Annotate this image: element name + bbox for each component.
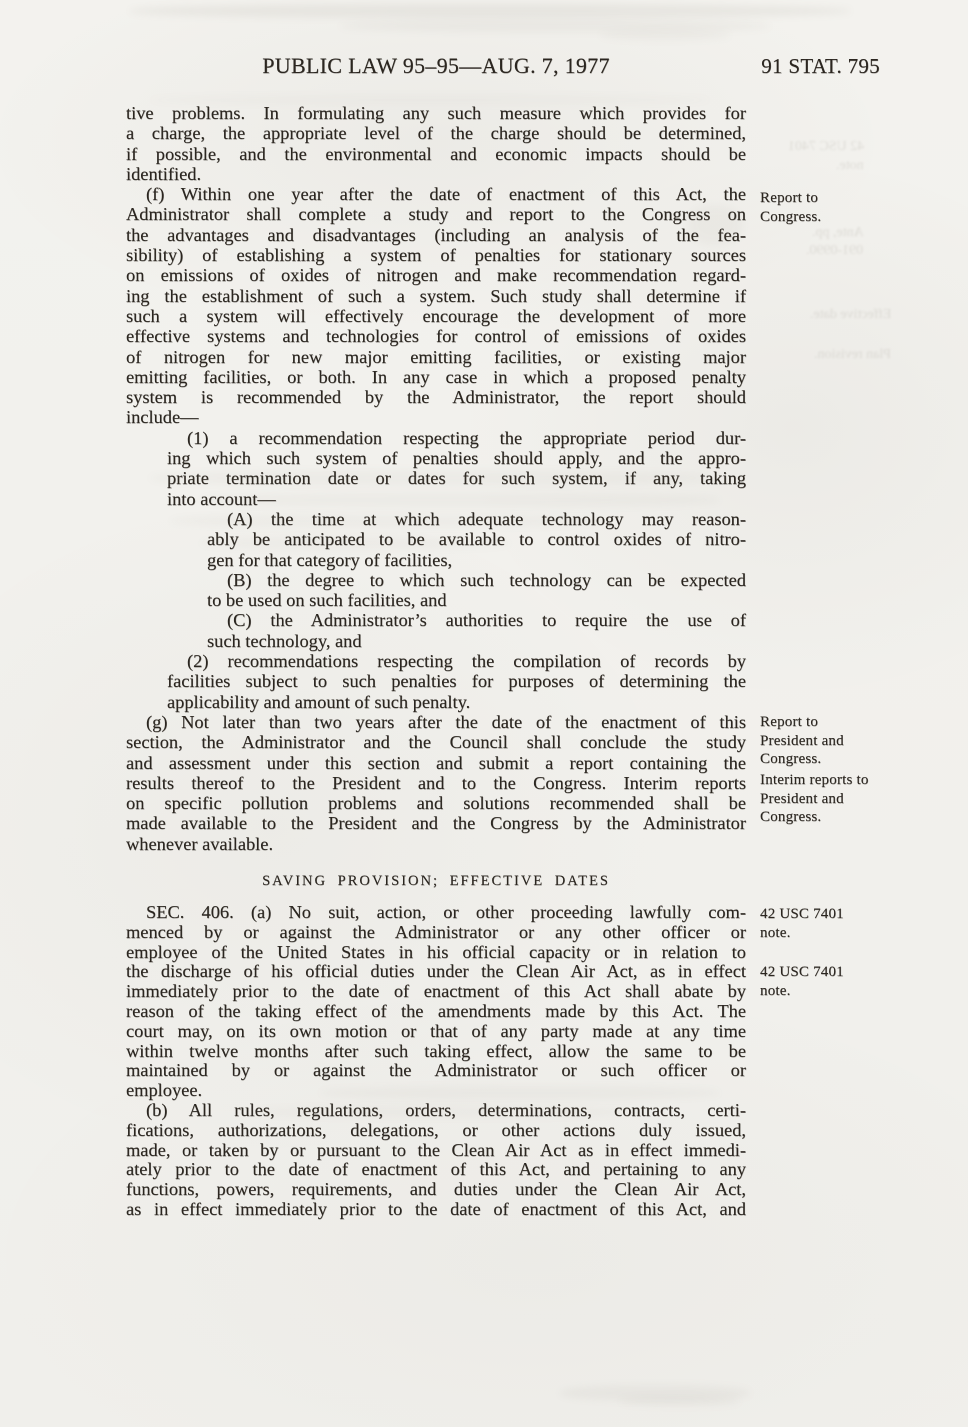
text-line: (C) the Administrator’s authorities to r…: [207, 610, 746, 630]
bleedthrough-text: 42 USC 7401: [788, 138, 864, 155]
section-heading: SAVING PROVISION; EFFECTIVE DATES: [126, 870, 746, 892]
text-line: include—: [126, 407, 746, 427]
text-line: effective systems and technologies for c…: [126, 326, 746, 346]
margin-note-line: Congress.: [760, 808, 960, 827]
text-line: the advantages and disadvantages (includ…: [126, 225, 746, 245]
text-line: Administrator shall complete a study and…: [126, 204, 746, 224]
bleedthrough-text: Effective date.: [810, 306, 891, 323]
bleedthrough-text: note.: [836, 157, 864, 174]
bleedthrough-text: Plan revision.: [814, 346, 891, 363]
text-line: (b) All rules, regulations, orders, dete…: [126, 1101, 746, 1121]
text-line: of nitrogen for new major emitting facil…: [126, 347, 746, 367]
text-line: as in effect immediately prior to the da…: [126, 1200, 746, 1220]
text-line: immediately prior to the date of enactme…: [126, 982, 746, 1002]
scan-smudge: [600, 30, 730, 40]
text-line: system is recommended by the Administrat…: [126, 387, 746, 407]
margin-note: 42 USC 7401note.: [760, 905, 960, 942]
margin-note: 42 USC 7401note.: [760, 963, 960, 1000]
text-line: (g) Not later than two years after the d…: [126, 712, 746, 732]
text-line: ing which such system of penalties shoul…: [167, 448, 746, 468]
margin-note-line: Report to: [760, 713, 960, 732]
paragraph: (1) a recommendation respecting the appr…: [167, 428, 746, 509]
text-line: applicability and amount of such penalty…: [167, 692, 746, 712]
text-line: whenever available.: [126, 834, 746, 854]
text-line: and assessment under this section and su…: [126, 753, 746, 773]
margin-note-line: Report to: [760, 189, 960, 208]
text-line: such technology, and: [207, 631, 746, 651]
bleedthrough-text: Ante, pp.: [812, 224, 864, 241]
running-head-statute-page: 91 STAT. 795: [761, 54, 880, 79]
margin-note: Report toCongress.: [760, 189, 960, 226]
text-line: identified.: [126, 164, 746, 184]
text-line: (2) recommendations respecting the compi…: [167, 651, 746, 671]
running-head-law-title: PUBLIC LAW 95–95—AUG. 7, 1977: [126, 53, 746, 79]
bleedthrough-text: 091-0990.: [806, 242, 863, 259]
margin-note-line: note.: [760, 924, 960, 943]
scan-smudge: [620, 1396, 740, 1406]
text-line: SEC. 406. (a) No suit, action, or other …: [126, 903, 746, 923]
paragraph: (2) recommendations respecting the compi…: [167, 651, 746, 712]
paragraph: tive problems. In formulating any such m…: [126, 103, 746, 184]
text-line: ably be anticipated to be available to c…: [207, 529, 746, 549]
text-line: menced by or against the Administrator o…: [126, 923, 746, 943]
scan-smudge: [130, 4, 850, 18]
paragraph: (b) All rules, regulations, orders, dete…: [126, 1101, 746, 1220]
text-line: (f) Within one year after the date of en…: [126, 184, 746, 204]
text-line: (A) the time at which adequate technolog…: [207, 509, 746, 529]
margin-note-line: 42 USC 7401: [760, 905, 960, 924]
text-line: section, the Administrator and the Counc…: [126, 732, 746, 752]
document-page: PUBLIC LAW 95–95—AUG. 7, 1977 91 STAT. 7…: [0, 0, 968, 1427]
text-line: a charge, the appropriate level of the c…: [126, 123, 746, 143]
text-line: results thereof to the President and to …: [126, 773, 746, 793]
text-line: within twelve months after such taking e…: [126, 1042, 746, 1062]
margin-note: Report toPresident andCongress.: [760, 713, 960, 769]
margin-note-line: President and: [760, 790, 960, 809]
paragraph: (g) Not later than two years after the d…: [126, 712, 746, 854]
text-line: gen for that category of facilities,: [207, 550, 746, 570]
text-line: reason of the taking effect of the amend…: [126, 1002, 746, 1022]
paragraph: (f) Within one year after the date of en…: [126, 184, 746, 428]
margin-note-line: note.: [760, 982, 960, 1001]
text-line: the discharge of his official duties und…: [126, 962, 746, 982]
scan-smudge: [340, 20, 770, 32]
text-line: made, or taken by or pursuant to the Cle…: [126, 1141, 746, 1161]
text-line: (B) the degree to which such technology …: [207, 570, 746, 590]
text-line: such a system will effectively encourage…: [126, 306, 746, 326]
text-line: functions, powers, requirements, and dut…: [126, 1180, 746, 1200]
text-line: employee of the United States in his off…: [126, 943, 746, 963]
text-line: court may, on its own motion or that of …: [126, 1022, 746, 1042]
text-line: employee.: [126, 1081, 746, 1101]
text-line: on specific pollution problems and solut…: [126, 793, 746, 813]
paragraph: (C) the Administrator’s authorities to r…: [207, 610, 746, 651]
margin-note-line: President and: [760, 732, 960, 751]
scan-smudge: [560, 1385, 750, 1401]
text-line: sibility) of establishing a system of pe…: [126, 245, 746, 265]
text-line: priate termination date or dates for suc…: [167, 468, 746, 488]
text-line: if possible, and the environmental and e…: [126, 144, 746, 164]
paragraph: (A) the time at which adequate technolog…: [207, 509, 746, 570]
margin-note-line: 42 USC 7401: [760, 963, 960, 982]
margin-note-line: Interim reports to: [760, 771, 960, 790]
text-line: on emissions of oxides of nitrogen and m…: [126, 265, 746, 285]
text-line: made available to the President and the …: [126, 813, 746, 833]
paragraph: SEC. 406. (a) No suit, action, or other …: [126, 903, 746, 1101]
body-column: tive problems. In formulating any such m…: [126, 103, 746, 1220]
text-line: facilities subject to such penalties for…: [167, 671, 746, 691]
text-line: maintained by or against the Administrat…: [126, 1061, 746, 1081]
text-line: into account—: [167, 489, 746, 509]
text-line: to be used on such facilities, and: [207, 590, 746, 610]
paragraph: (B) the degree to which such technology …: [207, 570, 746, 611]
text-line: ately prior to the date of enactment of …: [126, 1160, 746, 1180]
margin-note: Interim reports toPresident andCongress.: [760, 771, 960, 827]
text-line: fications, authorizations, delegations, …: [126, 1121, 746, 1141]
text-line: (1) a recommendation respecting the appr…: [167, 428, 746, 448]
text-line: ing the establishment of such a system. …: [126, 286, 746, 306]
margin-note-line: Congress.: [760, 750, 960, 769]
text-line: tive problems. In formulating any such m…: [126, 103, 746, 123]
text-line: emitting facilities, or both. In any cas…: [126, 367, 746, 387]
